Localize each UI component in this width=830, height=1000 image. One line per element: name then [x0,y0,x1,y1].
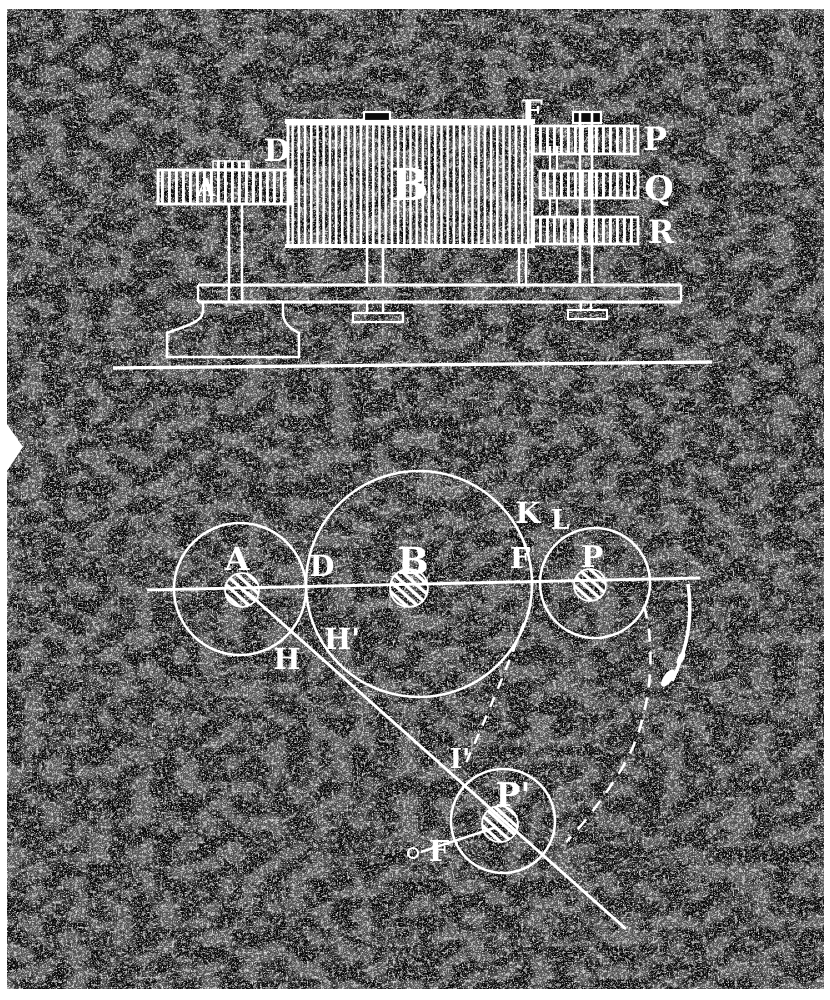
label-wheel-b: B [397,539,428,583]
watermark-latin-text: com [398,505,450,530]
label-top-d: D [264,133,291,169]
label-wheel-a: A [224,540,251,578]
label-point-f: F [510,541,531,575]
label-point-i-prime: I' [450,744,471,775]
label-point-h-prime: H' [324,622,360,656]
gear-q-bar [540,171,638,198]
gear-a-bar [158,170,290,204]
hub-a [225,573,259,607]
engraving-plate-svg: 图网 com [0,0,830,1000]
drum-top-rim [285,119,535,124]
label-top-f: F [521,94,543,130]
watermark-cjk-text: 图网 [400,471,468,506]
label-point-k: K [515,496,542,530]
gear-p-bar [533,126,638,154]
drum-bottom-rim [285,244,535,248]
engraving-page: 图网 com [0,0,830,1000]
label-top-a: A [196,173,216,202]
label-top-q: Q [644,169,674,209]
gear-r-bar [533,217,638,244]
gear-a-key-detail [213,161,249,169]
drum-top-cap [364,112,390,121]
label-point-f-prime: F [429,834,450,868]
label-point-d: D [309,549,334,583]
label-wheel-p-prime: P' [496,775,531,814]
label-point-l: L [551,505,570,536]
label-top-b: B [391,160,428,211]
label-wheel-p: P [581,540,604,575]
label-top-r: R [648,213,675,251]
label-point-h: H [273,642,300,676]
label-top-p: P [643,120,667,158]
gear-stack-cap [573,112,601,123]
